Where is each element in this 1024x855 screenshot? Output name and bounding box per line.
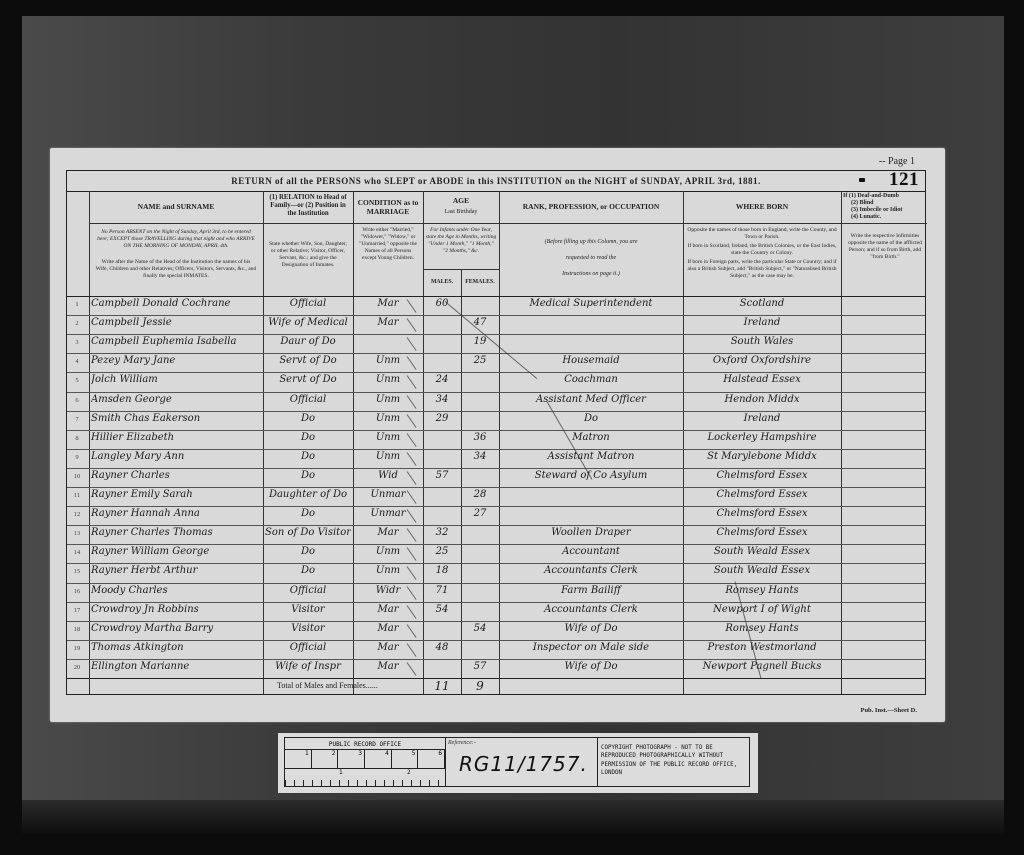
age-instructions: For Infants under One Year, state the Ag… xyxy=(425,227,497,255)
entry-name: Ellington Marianne xyxy=(91,661,261,672)
row-divider xyxy=(67,659,925,660)
rownum: 5 xyxy=(69,377,85,384)
row-divider xyxy=(67,583,925,584)
females-header: FEMALES. xyxy=(461,279,499,286)
entry-occupation: Woollen Draper xyxy=(501,527,681,538)
record-office-stamp: PUBLIC RECORD OFFICE 1 2 3 4 5 6 1 2 Ref… xyxy=(278,733,758,793)
entry-occupation: Farm Bailiff xyxy=(501,585,681,596)
entry-age-male: 60 xyxy=(423,298,461,309)
entry-age-male: 29 xyxy=(423,413,461,424)
entry-occupation: Wife of Do xyxy=(501,623,681,634)
entry-where-born: Newport Pagnell Bucks xyxy=(685,661,839,672)
where-born-instructions-2: If born in Scotland, Ireland, the Britis… xyxy=(687,243,837,257)
row-divider xyxy=(67,353,925,354)
entry-name: Smith Chas Eakerson xyxy=(91,413,261,424)
entry-relation: Do xyxy=(265,432,351,443)
total-females: 9 xyxy=(461,679,499,693)
relation-header: (1) RELATION to Head of Family—or (2) Po… xyxy=(265,194,351,217)
header-divider-infirmity xyxy=(841,223,927,224)
entry-name: Hillier Elizabeth xyxy=(91,432,261,443)
rownum-column xyxy=(67,191,90,694)
entry-relation: Visitor xyxy=(265,623,351,634)
ruler-mark: 3 xyxy=(338,750,365,768)
entry-occupation: Matron xyxy=(501,432,681,443)
entry-occupation: Coachman xyxy=(501,374,681,385)
entry-name: Langley Mary Ann xyxy=(91,451,261,462)
ruler-mark: 4 xyxy=(365,750,392,768)
entry-occupation: Assistant Med Officer xyxy=(501,394,681,405)
entry-age-female: 27 xyxy=(461,508,499,519)
infirmity-header-1: If (1) Deaf-and-Dumb xyxy=(843,193,927,200)
entry-name: Campbell Euphemia Isabella xyxy=(91,336,261,347)
entry-age-male: 34 xyxy=(423,394,461,405)
entry-age-male: 54 xyxy=(423,604,461,615)
rownum: 3 xyxy=(69,339,85,346)
entry-where-born: Chelmsford Essex xyxy=(685,470,839,481)
entry-age-male: 57 xyxy=(423,470,461,481)
entry-name: Campbell Donald Cochrane xyxy=(91,298,261,309)
condition-instructions: Write either "Married," "Widower," "Wido… xyxy=(357,227,419,261)
rownum: 18 xyxy=(69,626,85,633)
where-born-header: WHERE BORN xyxy=(683,203,841,212)
row-divider xyxy=(67,334,925,335)
entry-occupation: Housemaid xyxy=(501,355,681,366)
entry-name: Rayner Charles Thomas xyxy=(91,527,261,538)
entry-where-born: Chelmsford Essex xyxy=(685,508,839,519)
header-bottom xyxy=(67,296,925,297)
entry-age-male: 71 xyxy=(423,585,461,596)
entry-relation: Do xyxy=(265,451,351,462)
row-divider xyxy=(67,563,925,564)
entry-age-male: 25 xyxy=(423,546,461,557)
rownum: 15 xyxy=(69,568,85,575)
rownum: 20 xyxy=(69,664,85,671)
form-title: RETURN of all the PERSONS who SLEPT or A… xyxy=(67,171,925,192)
ruler-bottom: 1 2 xyxy=(285,769,445,786)
ruler-mark: 2 xyxy=(312,750,339,768)
entry-name: Rayner Emily Sarah xyxy=(91,489,261,500)
rownum: 12 xyxy=(69,511,85,518)
row-divider xyxy=(67,506,925,507)
pro-ruler-box: PUBLIC RECORD OFFICE 1 2 3 4 5 6 1 2 xyxy=(285,738,446,786)
entry-relation: Visitor xyxy=(265,604,351,615)
rownum: 11 xyxy=(69,492,85,499)
entry-where-born: Romsey Hants xyxy=(685,585,839,596)
entry-occupation: Accountants Clerk xyxy=(501,565,681,576)
row-divider xyxy=(67,525,925,526)
entry-age-male: 24 xyxy=(423,374,461,385)
row-divider xyxy=(67,621,925,622)
occupation-instructions-a: (Before filling up this Column, you are xyxy=(503,239,679,247)
entry-where-born: Ireland xyxy=(685,413,839,424)
form-id: Pub. Inst.—Sheet D. xyxy=(860,707,917,714)
entry-age-female: 36 xyxy=(461,432,499,443)
entry-relation: Official xyxy=(265,394,351,405)
name-header: NAME and SURNAME xyxy=(89,203,263,212)
copyright-notice: COPYRIGHT PHOTOGRAPH - NOT TO BE REPRODU… xyxy=(601,744,746,778)
entry-name: Pezey Mary Jane xyxy=(91,355,261,366)
entry-where-born: Chelmsford Essex xyxy=(685,489,839,500)
name-instructions-2: Write after the Name of the Head of the … xyxy=(95,259,257,280)
entry-age-female: 25 xyxy=(461,355,499,366)
total-males: 11 xyxy=(423,679,461,693)
schedule-number: 121 xyxy=(889,169,919,191)
entry-age-male: 18 xyxy=(423,565,461,576)
entry-where-born: Ireland xyxy=(685,317,839,328)
entry-where-born: St Marylebone Middx xyxy=(685,451,839,462)
where-born-instructions-1: Opposite the names of those born in Engl… xyxy=(687,227,837,241)
rownum: 19 xyxy=(69,645,85,652)
row-divider xyxy=(67,372,925,373)
entry-name: Rayner Charles xyxy=(91,470,261,481)
entry-relation: Do xyxy=(265,546,351,557)
age-subheader: Last Birthday xyxy=(423,209,499,216)
row-divider xyxy=(67,544,925,545)
entry-name: Rayner William George xyxy=(91,546,261,557)
row-divider xyxy=(67,487,925,488)
rownum: 17 xyxy=(69,607,85,614)
rownum: 13 xyxy=(69,530,85,537)
mount-shadow xyxy=(22,800,1004,834)
entry-where-born: Halstead Essex xyxy=(685,374,839,385)
entry-where-born: Hendon Middx xyxy=(685,394,839,405)
entry-relation: Wife of Inspr xyxy=(265,661,351,672)
ruler-mark: 1 xyxy=(339,769,343,776)
reference-number: RG11/1757. xyxy=(459,752,588,776)
entry-occupation: Inspector on Male side xyxy=(501,642,681,653)
entry-age-female: 57 xyxy=(461,661,499,672)
entry-relation: Official xyxy=(265,585,351,596)
row-divider xyxy=(67,430,925,431)
entry-relation: Daughter of Do xyxy=(265,489,351,500)
entry-where-born: Preston Westmorland xyxy=(685,642,839,653)
entry-occupation: Do xyxy=(501,413,681,424)
rownum: 1 xyxy=(69,301,85,308)
entry-relation: Do xyxy=(265,508,351,519)
ruler-mark: 1 xyxy=(285,750,312,768)
age-subdivider xyxy=(423,269,499,270)
infirmity-header-3: (3) Imbecile or Idiot xyxy=(843,207,927,214)
infirmity-header: If (1) Deaf-and-Dumb (2) Blind (3) Imbec… xyxy=(843,193,927,221)
rownum: 6 xyxy=(69,397,85,404)
entry-age-female: 34 xyxy=(461,451,499,462)
entry-where-born: South Weald Essex xyxy=(685,565,839,576)
entry-occupation: Medical Superintendent xyxy=(501,298,681,309)
entry-occupation: Accountant xyxy=(501,546,681,557)
entry-where-born: South Wales xyxy=(685,336,839,347)
condition-header: CONDITION as to MARRIAGE xyxy=(355,199,421,216)
ruler-mark: 6 xyxy=(418,750,445,768)
title-text: RETURN of all the PERSONS who SLEPT or A… xyxy=(231,176,760,186)
entry-name: Campbell Jessie xyxy=(91,317,261,328)
males-header: MALES. xyxy=(423,279,461,286)
row-divider xyxy=(67,449,925,450)
rownum: 4 xyxy=(69,358,85,365)
row-divider xyxy=(67,392,925,393)
entry-age-male: 48 xyxy=(423,642,461,653)
row-divider xyxy=(67,640,925,641)
ruler-top: 1 2 3 4 5 6 xyxy=(285,750,445,769)
occupation-header: RANK, PROFESSION, or OCCUPATION xyxy=(499,203,683,212)
entry-where-born: Romsey Hants xyxy=(685,623,839,634)
where-born-instructions-3: If born in Foreign parts, write the part… xyxy=(687,259,837,280)
row-divider xyxy=(67,602,925,603)
entry-relation: Do xyxy=(265,470,351,481)
entry-relation: Official xyxy=(265,298,351,309)
entry-occupation: Assistant Matron xyxy=(501,451,681,462)
pro-title: PUBLIC RECORD OFFICE xyxy=(285,738,445,750)
entry-name: Rayner Hannah Anna xyxy=(91,508,261,519)
entry-name: Jolch William xyxy=(91,374,261,385)
entry-name: Thomas Atkington xyxy=(91,642,261,653)
bullet-icon xyxy=(859,178,865,182)
infirmity-header-2: (2) Blind xyxy=(843,200,927,207)
stamp-border: PUBLIC RECORD OFFICE 1 2 3 4 5 6 1 2 Ref… xyxy=(284,737,750,787)
census-sheet: -- Page 1 RETURN of all the PERSONS who … xyxy=(50,148,945,722)
ruler-mark: 2 xyxy=(407,769,411,776)
infirmity-header-4: (4) Lunatic. xyxy=(843,214,927,221)
rownum: 7 xyxy=(69,416,85,423)
page-label: -- Page 1 xyxy=(879,156,915,167)
entry-relation: Son of Do Visitor xyxy=(265,527,351,538)
occupation-instructions-c: Instructions on page ii.) xyxy=(503,271,679,279)
header-divider xyxy=(89,223,841,224)
entry-where-born: Lockerley Hampshire xyxy=(685,432,839,443)
entry-name: Amsden George xyxy=(91,394,261,405)
reference-box: Reference:- RG11/1757. xyxy=(445,738,598,786)
census-form: RETURN of all the PERSONS who SLEPT or A… xyxy=(66,170,926,695)
entry-where-born: South Weald Essex xyxy=(685,546,839,557)
entry-where-born: Scotland xyxy=(685,298,839,309)
infirmity-instructions: Write the respective Infirmities opposit… xyxy=(847,233,923,261)
occupation-instructions-b: requested to read the xyxy=(503,255,679,263)
relation-instructions: State whether Wife, Son, Daughter, or ot… xyxy=(267,241,349,269)
entry-relation: Servt of Do xyxy=(265,374,351,385)
totals-label: Total of Males and Females...... xyxy=(277,681,378,690)
row-divider xyxy=(67,468,925,469)
entry-name: Rayner Herbt Arthur xyxy=(91,565,261,576)
entry-relation: Official xyxy=(265,642,351,653)
row-divider xyxy=(67,411,925,412)
entry-relation: Daur of Do xyxy=(265,336,351,347)
reference-label: Reference:- xyxy=(445,738,597,748)
rownum: 2 xyxy=(69,320,85,327)
entry-where-born: Newport I of Wight xyxy=(685,604,839,615)
rownum: 16 xyxy=(69,588,85,595)
row-divider xyxy=(67,315,925,316)
entry-where-born: Oxford Oxfordshire xyxy=(685,355,839,366)
entry-relation: Servt of Do xyxy=(265,355,351,366)
rownum: 9 xyxy=(69,454,85,461)
entry-relation: Do xyxy=(265,413,351,424)
entry-relation: Wife of Medical xyxy=(265,317,351,328)
entry-age-female: 28 xyxy=(461,489,499,500)
entry-occupation: Accountants Clerk xyxy=(501,604,681,615)
rownum: 8 xyxy=(69,435,85,442)
entry-age-female: 54 xyxy=(461,623,499,634)
rownum: 14 xyxy=(69,549,85,556)
entry-where-born: Chelmsford Essex xyxy=(685,527,839,538)
entry-name: Moody Charles xyxy=(91,585,261,596)
entry-relation: Do xyxy=(265,565,351,576)
name-instructions-1: No Person ABSENT on the Night of Sunday,… xyxy=(95,229,257,250)
entry-name: Crowdroy Martha Barry xyxy=(91,623,261,634)
age-header: AGE xyxy=(423,197,499,206)
ruler-mark: 5 xyxy=(392,750,419,768)
entry-occupation: Wife of Do xyxy=(501,661,681,672)
entry-name: Crowdroy Jn Robbins xyxy=(91,604,261,615)
rownum: 10 xyxy=(69,473,85,480)
entry-age-male: 32 xyxy=(423,527,461,538)
